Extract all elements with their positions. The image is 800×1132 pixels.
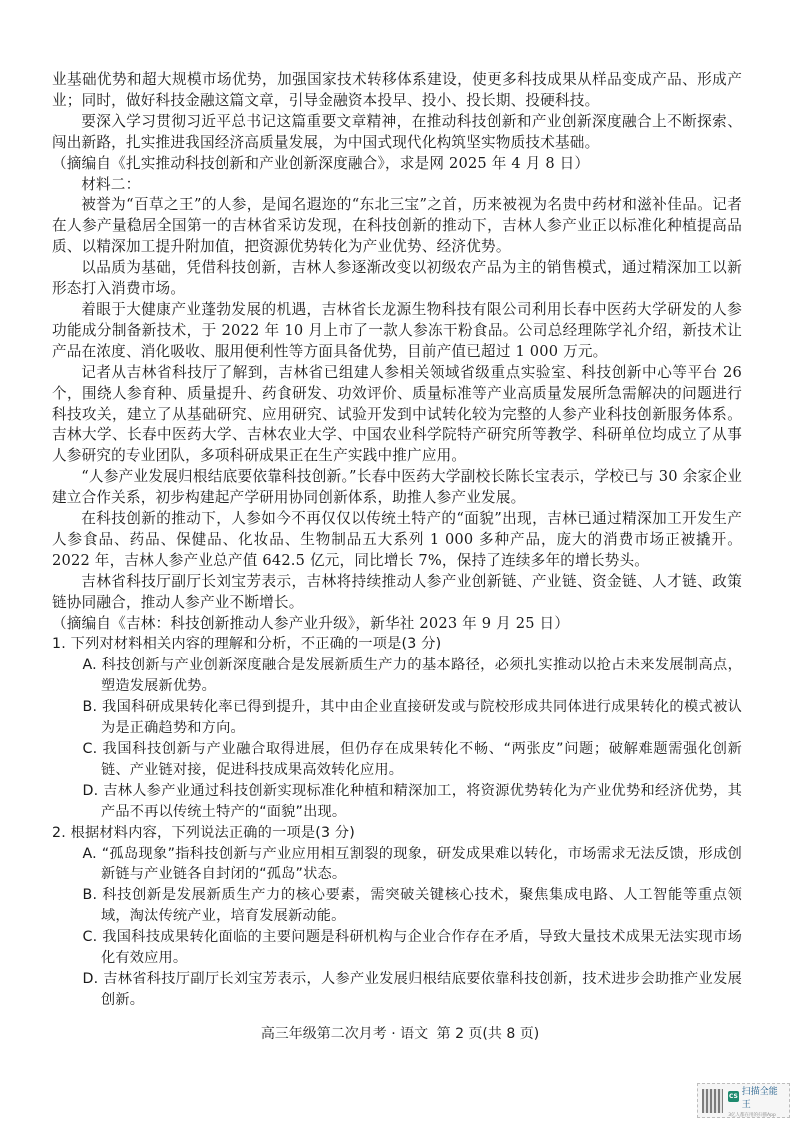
option-d: D. 吉林人参产业通过科技创新实现标准化种植和精深加工，将资源优势转化为产业优势… [70, 781, 742, 823]
material2-paragraph: “人参产业发展归根结底要依靠科技创新。”长春中医药大学副校长陈长宝表示，学校已与… [52, 467, 742, 509]
material2-paragraph: 被誉为“百草之王”的人参，是闻名遐迩的“东北三宝”之首，历来被视为名贵中药材和滋… [52, 195, 742, 258]
option-c: C. 我国科技创新与产业融合取得进展，但仍存在成果转化不畅、“两张皮”问题；破解… [70, 739, 742, 781]
option-a: A. “孤岛现象”指科技创新与产业应用相互割裂的现象，研发成果难以转化，市场需求… [70, 844, 742, 886]
question-stem: 1. 下列对材料相关内容的理解和分析，不正确的一项是(3 分) [52, 634, 742, 655]
material2-paragraph: 着眼于大健康产业蓬勃发展的机遇，吉林省长龙源生物科技有限公司利用长春中医药大学研… [52, 300, 742, 363]
footer-page-number: 第 2 页(共 8 页) [437, 1026, 540, 1042]
watermark-title: 扫描全能王 [742, 1084, 785, 1110]
option-b: B. 我国科研成果转化率已得到提升，其中由企业直接研发或与院校形成共同体进行成果… [70, 697, 742, 739]
material2-paragraph: 吉林省科技厅副厅长刘宝芳表示，吉林将持续推动人参产业创新链、产业链、资金链、人才… [52, 572, 742, 614]
material2-paragraph: 在科技创新的推动下，人参如今不再仅仅以传统土特产的“面貌”出现，吉林已通过精深加… [52, 509, 742, 572]
page-footer: 高三年级第二次月考 · 语文 第 2 页(共 8 页) [0, 1023, 800, 1043]
material2-heading: 材料二： [52, 175, 742, 196]
material2-paragraph: 记者从吉林省科技厅了解到，吉林省已组建人参相关领域省级重点实验室、科技创新中心等… [52, 363, 742, 468]
material1-paragraph-continued: 业基础优势和超大规模市场优势，加强国家技术转移体系建设，使更多科技成果从样品变成… [52, 70, 742, 112]
camscanner-logo-icon: CS [728, 1091, 739, 1102]
question-2: 2. 根据材料内容，下列说法正确的一项是(3 分) A. “孤岛现象”指科技创新… [52, 823, 742, 1011]
footer-exam-title: 高三年级第二次月考 · 语文 [261, 1026, 428, 1042]
watermark-subtitle: 3亿人都在用的扫描App [728, 1112, 785, 1118]
option-d: D. 吉林省科技厅副厅长刘宝芳表示，人参产业发展归根结底要依靠科技创新，技术进步… [70, 969, 742, 1011]
material1-paragraph: 要深入学习贯彻习近平总书记这篇重要文章精神，在推动科技创新和产业创新深度融合上不… [52, 112, 742, 154]
option-a: A. 科技创新与产业创新深度融合是发展新质生产力的基本路径，必须扎实推动以抢占未… [70, 655, 742, 697]
qr-code-icon [702, 1089, 723, 1113]
material1-source: （摘编自《扎实推动科技创新和产业创新深度融合》，求是网 2025 年 4 月 8… [52, 154, 742, 175]
question-stem: 2. 根据材料内容，下列说法正确的一项是(3 分) [52, 823, 742, 844]
scanner-watermark: CS 扫描全能王 3亿人都在用的扫描App [697, 1083, 790, 1118]
material2-source: （摘编自《吉林：科技创新推动人参产业升级》，新华社 2023 年 9 月 25 … [52, 614, 742, 635]
exam-page: 业基础优势和超大规模市场优势，加强国家技术转移体系建设，使更多科技成果从样品变成… [52, 70, 742, 1011]
option-b: B. 科技创新是发展新质生产力的核心要素，需突破关键核心技术，聚焦集成电路、人工… [70, 885, 742, 927]
material2-paragraph: 以品质为基础，凭借科技创新，吉林人参逐渐改变以初级农产品为主的销售模式，通过精深… [52, 258, 742, 300]
option-c: C. 我国科技成果转化面临的主要问题是科研机构与企业合作存在矛盾，导致大量技术成… [70, 927, 742, 969]
question-1: 1. 下列对材料相关内容的理解和分析，不正确的一项是(3 分) A. 科技创新与… [52, 634, 742, 822]
